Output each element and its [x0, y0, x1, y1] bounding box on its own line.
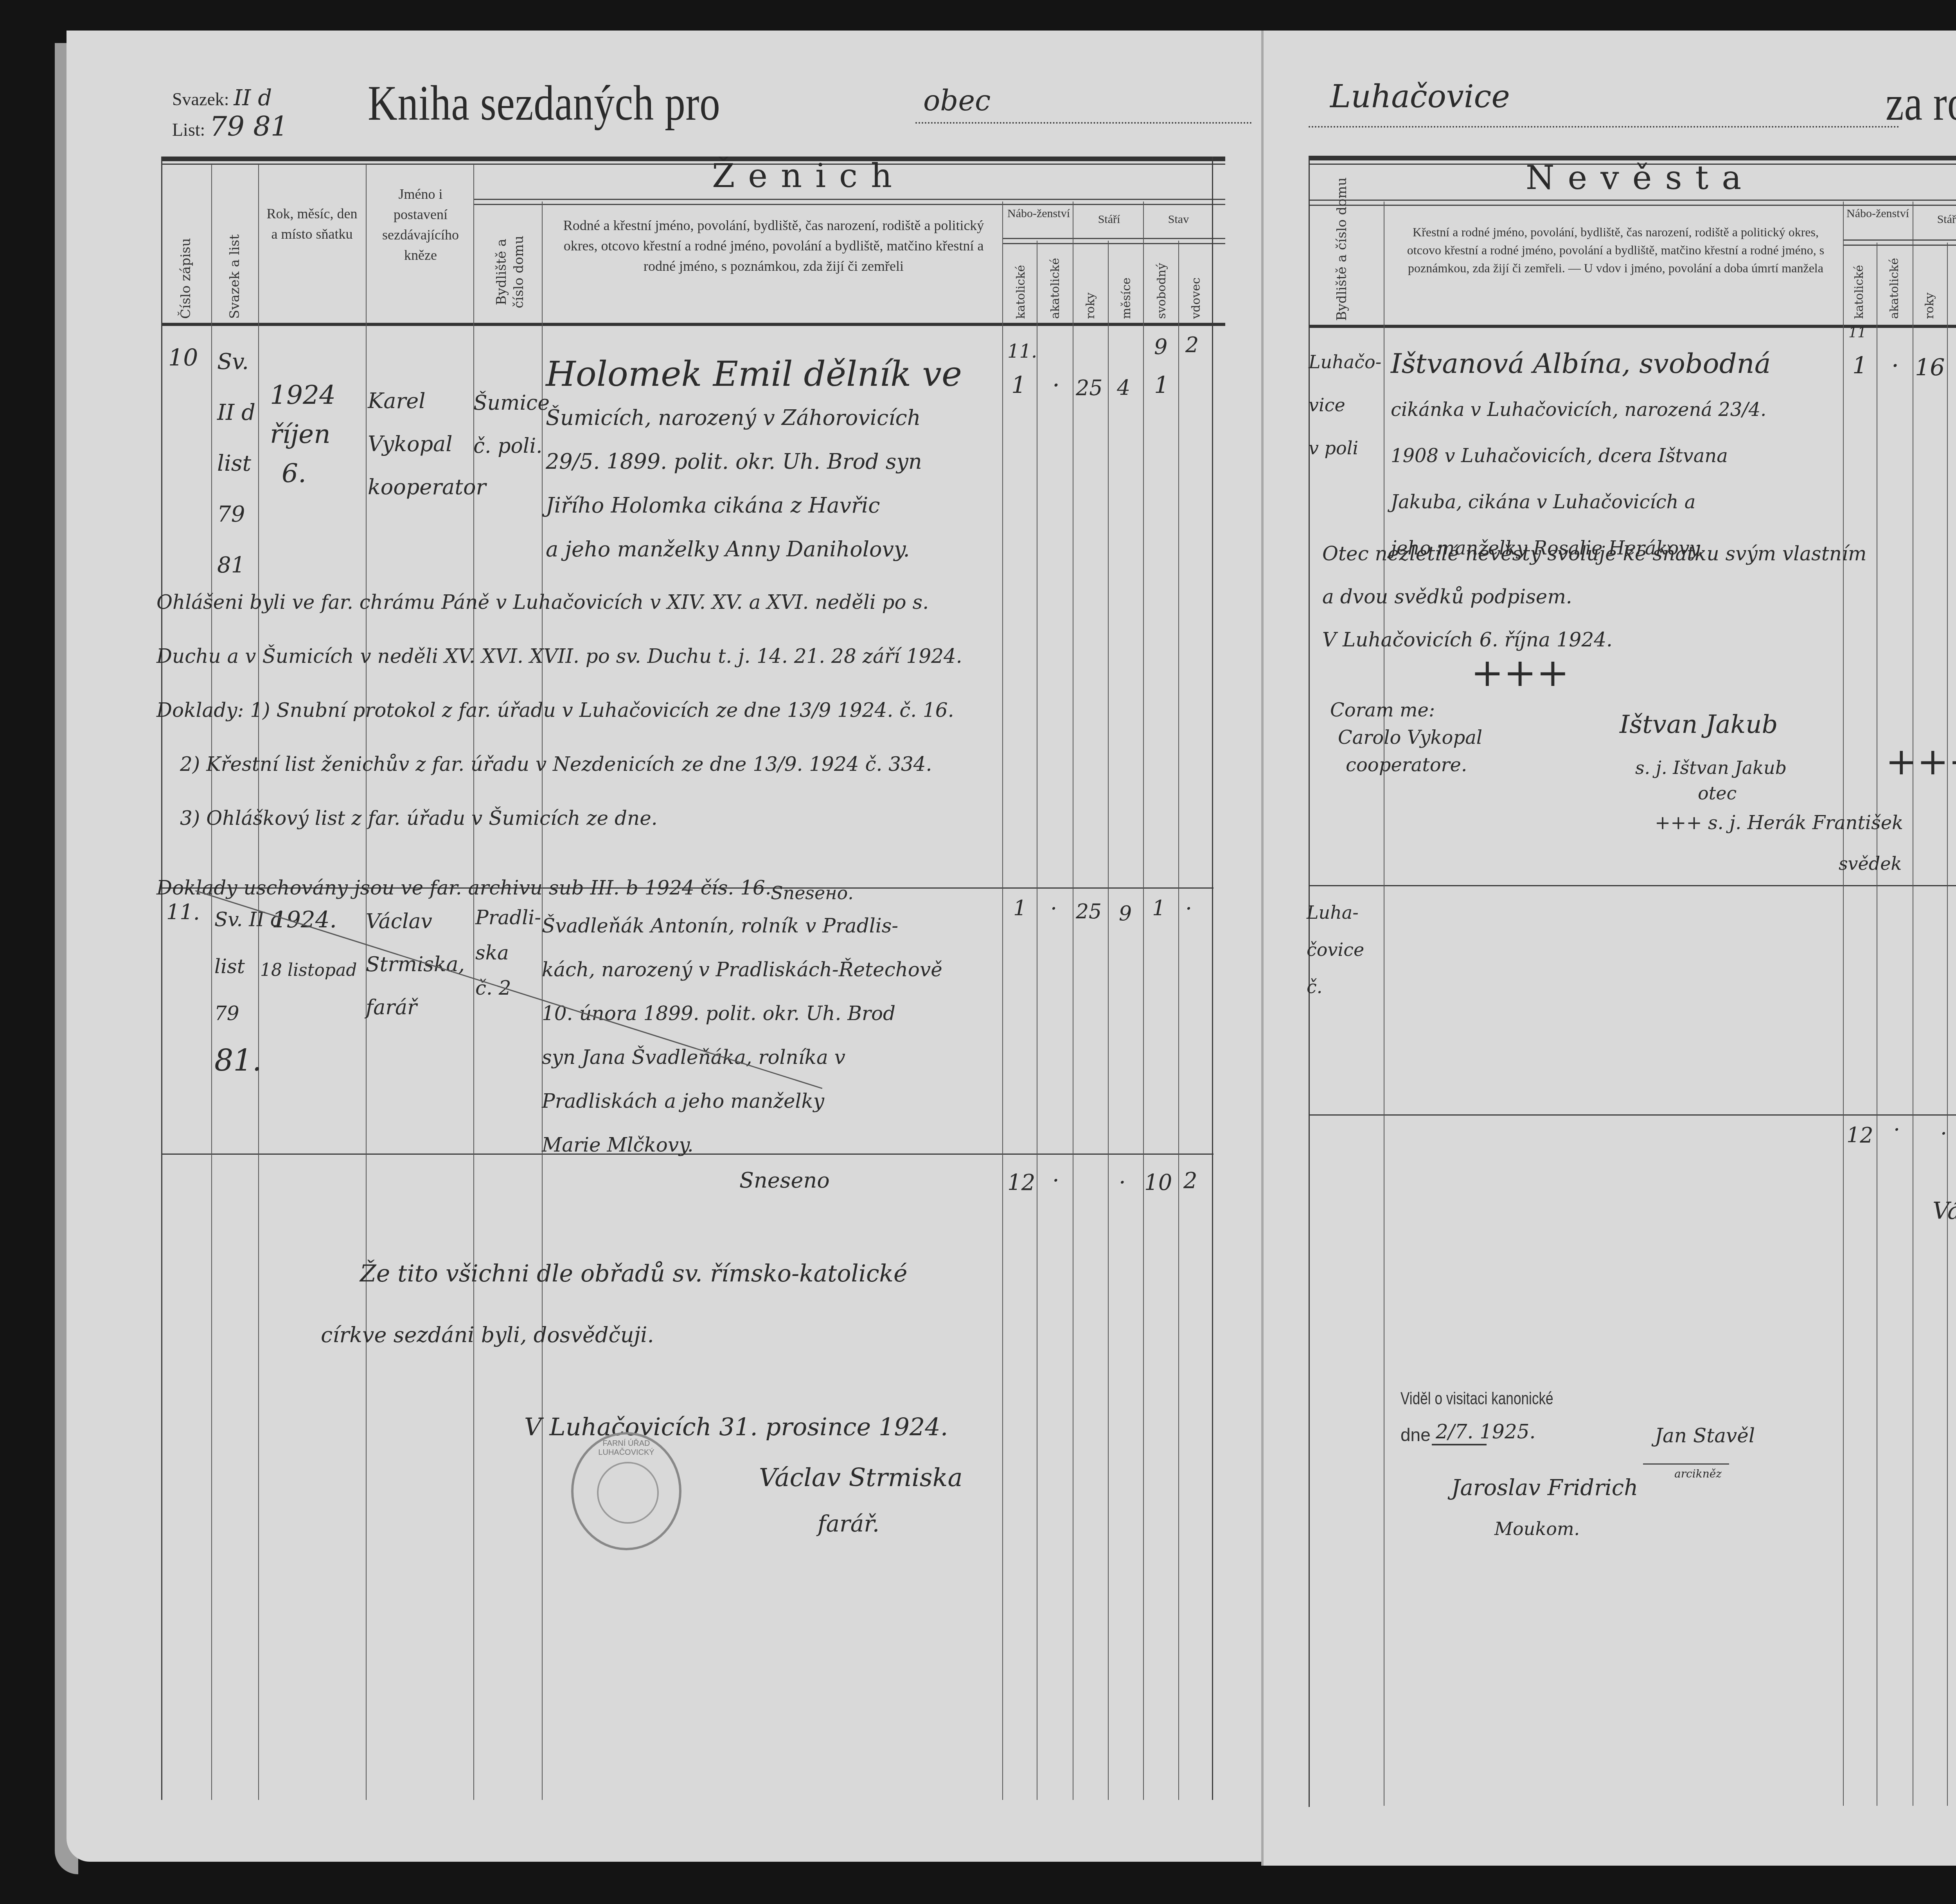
register-title: Kniha sezdaných pro: [368, 74, 721, 132]
parish-stamp: FARNÍ ÚŘAD LUHAČOVICKÝ: [571, 1432, 681, 1550]
col-line: [1143, 202, 1144, 1800]
bride-katolicke: 1: [1852, 352, 1867, 380]
entry-11-date: 1924. 18 listopad: [260, 894, 357, 996]
col-line: [1212, 157, 1213, 1800]
bride-totals-roky-dot: ·: [1940, 1121, 1947, 1146]
entry-10-residence: Šumice č. poli.: [473, 382, 550, 468]
entry-11-roky: 25: [1076, 900, 1102, 923]
entry-10-svobodny: 1: [1154, 372, 1169, 399]
totals-svobodny: 10: [1144, 1170, 1172, 1195]
entry-10-tally-svobodny: 9: [1154, 335, 1167, 359]
header-roky: roky: [1084, 292, 1097, 319]
visitation-sig1-underline: [1643, 1463, 1729, 1465]
header-rok-mesic: Rok, měsíc, den a místo sňatku: [262, 203, 362, 244]
col-line: [1913, 202, 1913, 1806]
entry-10-katolicke: 1: [1011, 372, 1026, 399]
coram-block: Coram me: Carolo Vykopal cooperatore.: [1330, 696, 1482, 779]
father-crosses: +++: [1886, 740, 1956, 783]
crosses-mark: +++: [1471, 650, 1569, 695]
visitation-sig2-role: Moukom.: [1494, 1518, 1580, 1539]
entry-11-akatolicke: ·: [1050, 896, 1057, 921]
certification-line1: Že tito všichni dle obřadů sv. římsko-ka…: [360, 1260, 907, 1287]
entry-10-notes: Ohlášeni byli ve far. chrámu Páně v Luha…: [156, 575, 962, 915]
table-top-rule: [161, 157, 1225, 161]
visitation-dne-label: dne: [1400, 1424, 1431, 1445]
certification-line2: církve sezdáni byli, dosvědčuji.: [321, 1323, 654, 1347]
title-fill-obec: obec: [923, 84, 991, 117]
entry-10-number: 10: [168, 344, 198, 372]
header-stari: Stáří: [1915, 209, 1956, 230]
header-mesice: měsíce: [1120, 277, 1133, 319]
visitation-sig2: Jaroslav Fridrich: [1451, 1475, 1638, 1501]
header-akatolicke: akatolické: [1888, 258, 1901, 319]
col-line: [161, 157, 162, 1800]
entry-divider-2: [1309, 1114, 1956, 1116]
father-role: otec: [1698, 783, 1737, 804]
entry-10-date: 1924 říjen 6.: [270, 376, 336, 493]
nabozenstvi-subrule: [1843, 239, 1956, 246]
totals-label: Sneseno: [739, 1168, 830, 1193]
header-cislo-zapisu: Číslo zápisu: [178, 238, 194, 319]
entry-10-tally-vdovec: 2: [1185, 333, 1199, 357]
visitation-sig1: Jan Stavěl: [1655, 1424, 1755, 1447]
header-jmeno-kneze: Jméno i postavení sezdávajícího kněze: [372, 184, 469, 265]
certification-place-date: V Luhačovicích 31. prosince 1924.: [524, 1413, 948, 1441]
visitation-date-line: [1432, 1444, 1487, 1445]
stamp-text: FARNÍ ÚŘAD LUHAČOVICKÝ: [577, 1439, 675, 1457]
bride-totals-katolicke: 12: [1846, 1123, 1873, 1148]
col-line: [1947, 243, 1948, 1806]
totals-vdovec: 2: [1183, 1168, 1197, 1193]
nabozenstvi-subrule: [1002, 238, 1225, 244]
book-spine: [1261, 31, 1264, 1866]
entry-divider-1: [1309, 885, 1956, 886]
visitation-label: Viděl o visitaci kanonické: [1400, 1389, 1553, 1409]
header-roky: roky: [1923, 292, 1936, 319]
place-name: Luhačovice: [1330, 78, 1510, 115]
col-line: [1073, 202, 1073, 1800]
groom-section-rule: [474, 199, 1225, 205]
totals-dot: ·: [1119, 1170, 1126, 1195]
bride-section-title: Nevěsta: [1526, 158, 1755, 197]
list-label: List: 79 81: [172, 110, 288, 142]
header-bride-description: Křestní a rodné jméno, povolání, bydlišt…: [1397, 223, 1835, 277]
entry-11-groom-details: Švadleňák Antonín, rolník v Pradlis- kác…: [542, 904, 942, 1167]
table-top-thin-rule: [161, 164, 1225, 165]
entry-10-akatolicke: ·: [1052, 372, 1060, 399]
bride-totals-akatolicke: ·: [1893, 1117, 1900, 1142]
bride-roky: 16: [1915, 354, 1945, 382]
groom-section-title: Ženich: [712, 157, 905, 195]
entry-11-svobodny: 1: [1152, 896, 1165, 921]
col-line: [1178, 241, 1179, 1800]
entry-10-groom-details: Holomek Emil dělník ve Šumicích, narozen…: [546, 352, 962, 571]
header-nabozenstvi: Nábo-ženství: [1845, 203, 1911, 224]
header-nabozenstvi: Nábo-ženství: [1005, 203, 1072, 224]
certification-role: farář.: [818, 1510, 879, 1537]
entry-11-number: 11.: [166, 900, 200, 925]
entry-10-tally-katolicke: 11.: [1007, 340, 1037, 362]
entry-10-svazek: Sv. II d list 79 81: [217, 337, 255, 591]
header-akatolicke: akatolické: [1048, 258, 1062, 319]
za-rok-label: za rok: [1886, 74, 1956, 132]
visitation-sig1-role: arcikněz: [1674, 1467, 1722, 1480]
header-vdovec: vdovec: [1189, 277, 1203, 319]
col-line: [1037, 241, 1037, 1800]
col-line: [1384, 202, 1384, 1806]
entry-10-roky: 25: [1076, 376, 1103, 400]
totals-katolicke: 12: [1007, 1170, 1035, 1195]
bride-akatolicke: ·: [1891, 352, 1899, 380]
header-bottom-rule: [161, 323, 1225, 326]
father-signature: Ištvan Jakub: [1620, 710, 1778, 739]
header-groom-description: Rodné a křestní jméno, povolání, bydlišt…: [552, 215, 996, 276]
entry-10-priest: Karel Vykopal kooperator: [368, 380, 486, 509]
col-line: [1843, 202, 1844, 1806]
witness1-role: svědek: [1839, 853, 1902, 874]
bride-entry-11-residence: Luha- čovice č.: [1307, 894, 1364, 1006]
col-line: [211, 164, 212, 1800]
header-svobodny: svobodný: [1155, 263, 1169, 319]
right-signature-name: Václav Strmiska: [1933, 1197, 1956, 1225]
bride-tally-katolicke: 11: [1848, 325, 1866, 341]
header-bydliste: Bydliště a číslo domu: [1334, 177, 1350, 321]
bride-entry-10-residence: Luhačo- vice v poli: [1309, 340, 1381, 470]
col-line: [1002, 202, 1003, 1800]
entry-10-mesice: 4: [1117, 376, 1130, 400]
svazek-label: Svazek: II d: [172, 85, 272, 111]
bride-notes: Otec nezletilé nevěsty svoluje ke sňatku…: [1322, 532, 1866, 661]
witness1-signature: +++ s. j. Herák František: [1655, 812, 1903, 834]
entry-11-priest: Václav Strmiska, farář: [366, 900, 465, 1029]
header-svazek-list: Svazek a list: [227, 234, 243, 319]
totals-akatolicke: ·: [1052, 1168, 1059, 1193]
certification-signature: Václav Strmiska: [759, 1463, 963, 1492]
header-stari: Stáří: [1076, 209, 1142, 230]
col-line: [1108, 241, 1109, 1800]
entry-11-katolicke: 1: [1013, 896, 1027, 921]
header-bydliste: Bydliště a číslo domu: [493, 225, 527, 319]
place-fill-line: [1309, 126, 1899, 128]
header-stav: Stav: [1146, 209, 1211, 230]
title-fill-line: [915, 122, 1252, 124]
entry-11-mesice: 9: [1119, 902, 1132, 925]
father-sj: s. j. Ištvan Jakub: [1635, 757, 1787, 778]
entry-11-vdovec: ·: [1185, 896, 1192, 921]
visitation-date: 2/7. 1925.: [1436, 1420, 1535, 1443]
header-katolicke: katolické: [1852, 265, 1866, 319]
entry-11-annotation: Snesено.: [771, 882, 854, 903]
header-katolicke: katolické: [1014, 265, 1028, 319]
col-line: [1877, 243, 1877, 1806]
